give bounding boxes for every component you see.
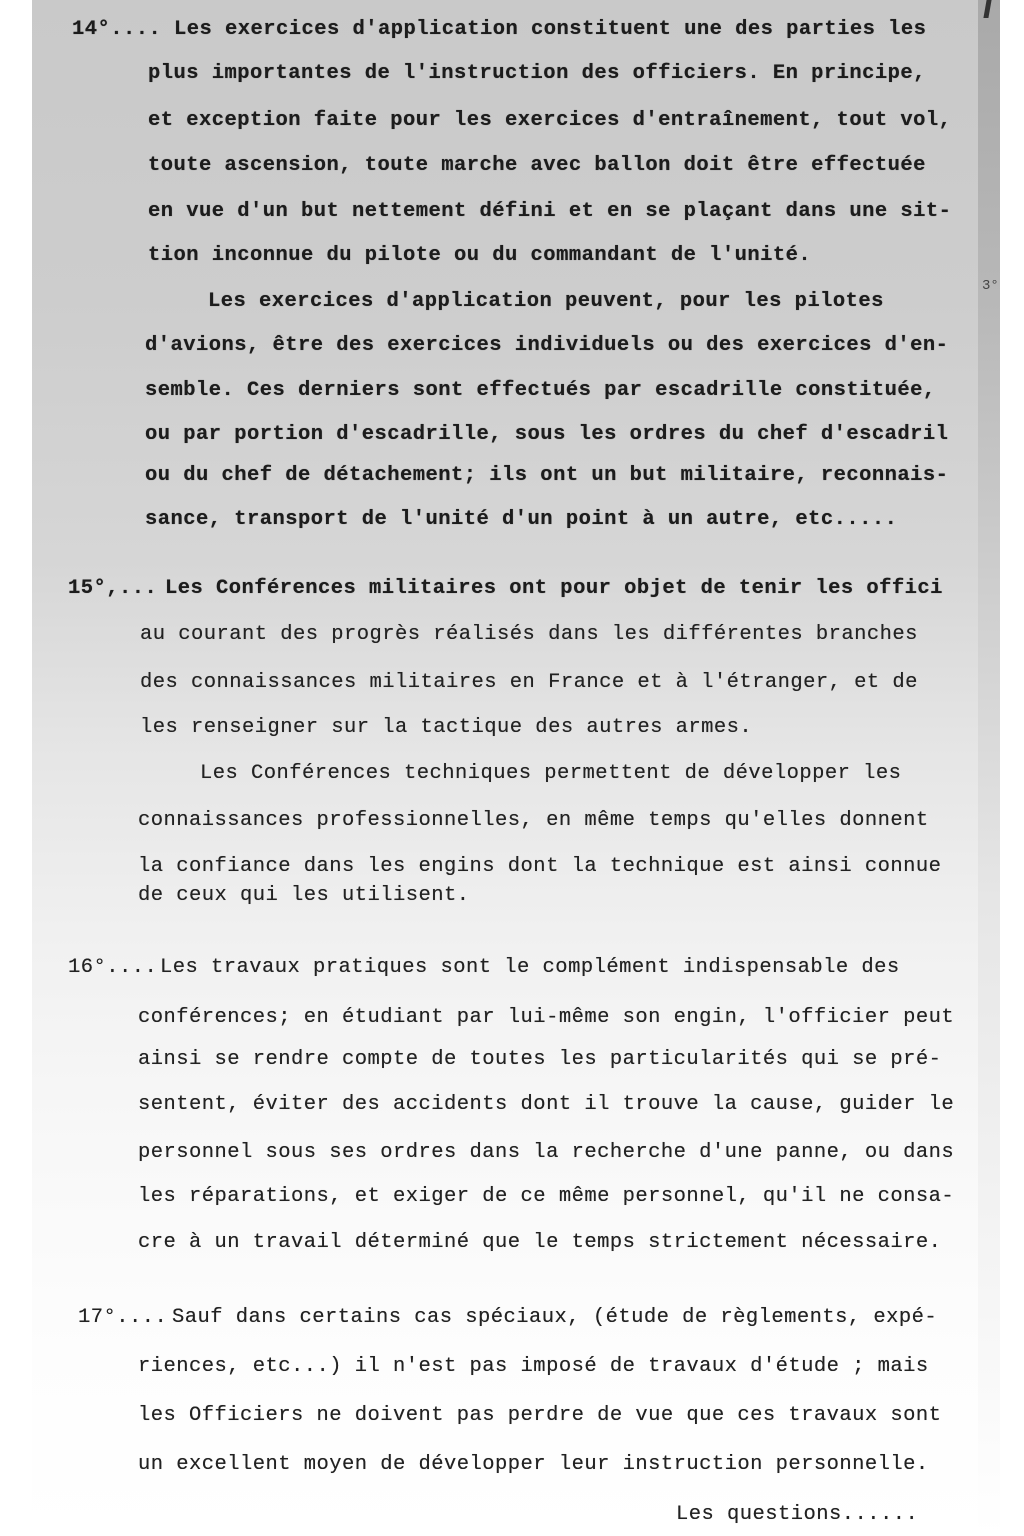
section-16-line-4: sentent, éviter des accidents dont il tr…: [138, 1095, 954, 1116]
section-14-line-11: ou du chef de détachement; ils ont un bu…: [145, 466, 948, 487]
section-14-line-10: ou par portion d'escadrille, sous les or…: [145, 425, 948, 446]
section-15-line-4: les renseigner sur la tactique des autre…: [140, 718, 752, 739]
section-14-line-4: toute ascension, toute marche avec ballo…: [148, 156, 926, 177]
section-14-line-6: tion inconnue du pilote ou du commandant…: [148, 246, 811, 267]
section-15-line-8: de ceux qui les utilisent.: [138, 886, 470, 907]
section-15-line-2: au courant des progrès réalisés dans les…: [140, 625, 918, 646]
section-14-line-1: Les exercices d'application constituent …: [174, 20, 926, 41]
section-14-line-8: d'avions, être des exercices individuels…: [145, 336, 948, 357]
section-16-number: 16°....: [68, 958, 157, 979]
section-14-line-5: en vue d'un but nettement défini et en s…: [148, 202, 951, 223]
section-14-line-7: Les exercices d'application peuvent, pou…: [208, 292, 884, 313]
section-16-line-7: cre à un travail déterminé que le temps …: [138, 1233, 941, 1254]
section-17-number: 17°....: [78, 1308, 167, 1329]
margin-note: 3°: [982, 278, 999, 294]
section-15-line-3: des connaissances militaires en France e…: [140, 673, 918, 694]
section-17-line-2: riences, etc...) il n'est pas imposé de …: [138, 1357, 929, 1378]
section-14-line-3: et exception faite pour les exercices d'…: [148, 111, 951, 132]
catchword: Les questions......: [676, 1505, 918, 1526]
section-14-line-2: plus importantes de l'instruction des of…: [148, 64, 926, 85]
section-17-line-4: un excellent moyen de développer leur in…: [138, 1455, 929, 1476]
section-15-line-7: la confiance dans les engins dont la tec…: [138, 857, 941, 878]
section-16-line-6: les réparations, et exiger de ce même pe…: [138, 1187, 954, 1208]
section-16-line-2: conférences; en étudiant par lui-même so…: [138, 1008, 954, 1029]
section-17-line-1: Sauf dans certains cas spéciaux, (étude …: [172, 1308, 937, 1329]
section-15-number: 15°,...: [68, 579, 157, 600]
page-edge-shadow: [978, 0, 1000, 1536]
section-14-line-12: sance, transport de l'unité d'un point à…: [145, 510, 897, 531]
section-16-line-5: personnel sous ses ordres dans la recher…: [138, 1143, 954, 1164]
section-17-line-3: les Officiers ne doivent pas perdre de v…: [138, 1406, 941, 1427]
section-14-line-9: semble. Ces derniers sont effectués par …: [145, 381, 936, 402]
section-15-line-5: Les Conférences techniques permettent de…: [200, 764, 901, 785]
section-15-line-1: Les Conférences militaires ont pour obje…: [165, 579, 943, 600]
section-16-line-1: Les travaux pratiques sont le complément…: [160, 958, 900, 979]
section-16-line-3: ainsi se rendre compte de toutes les par…: [138, 1050, 941, 1071]
section-14-number: 14°....: [72, 20, 161, 41]
section-15-line-6: connaissances professionnelles, en même …: [138, 811, 929, 832]
